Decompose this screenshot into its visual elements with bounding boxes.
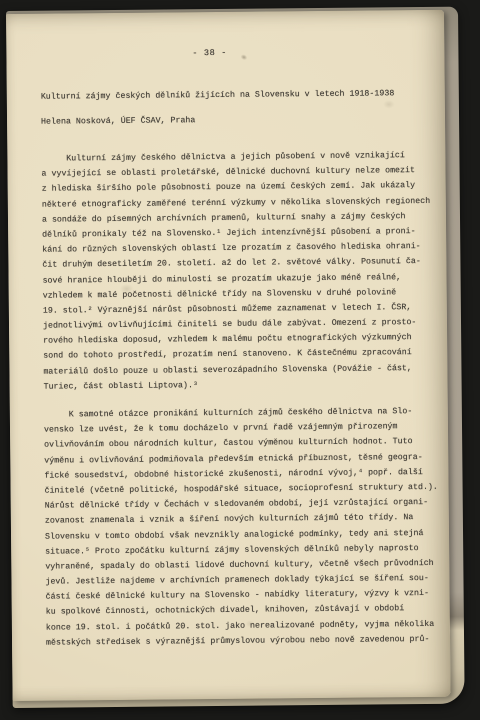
body-text: Kulturní zájmy českého dělnictva a jejic… xyxy=(41,148,439,651)
document-title: Kulturní zájmy českých dělníků žijících … xyxy=(41,89,395,101)
paragraph: K samotné otázce pronikání kulturních zá… xyxy=(44,404,440,651)
page-number: - 38 - xyxy=(192,48,227,58)
ink-smudge xyxy=(238,52,249,62)
paragraph: Kulturní zájmy českého dělnictva a jejic… xyxy=(41,148,437,395)
scan-background: - 38 - Kulturní zájmy českých dělníků ži… xyxy=(0,0,480,720)
text-line: městských středisek s výraznější průmysl… xyxy=(46,632,439,651)
screenshot-root: { "colors": { "background": "#1a1a18", "… xyxy=(0,0,480,720)
document-page: - 38 - Kulturní zájmy českých dělníků ži… xyxy=(6,10,451,701)
author-line: Helena Nosková, ÚEF ČSAV, Praha xyxy=(41,116,195,126)
text-line: Turiec, část oblasti Liptova).³ xyxy=(44,376,437,395)
